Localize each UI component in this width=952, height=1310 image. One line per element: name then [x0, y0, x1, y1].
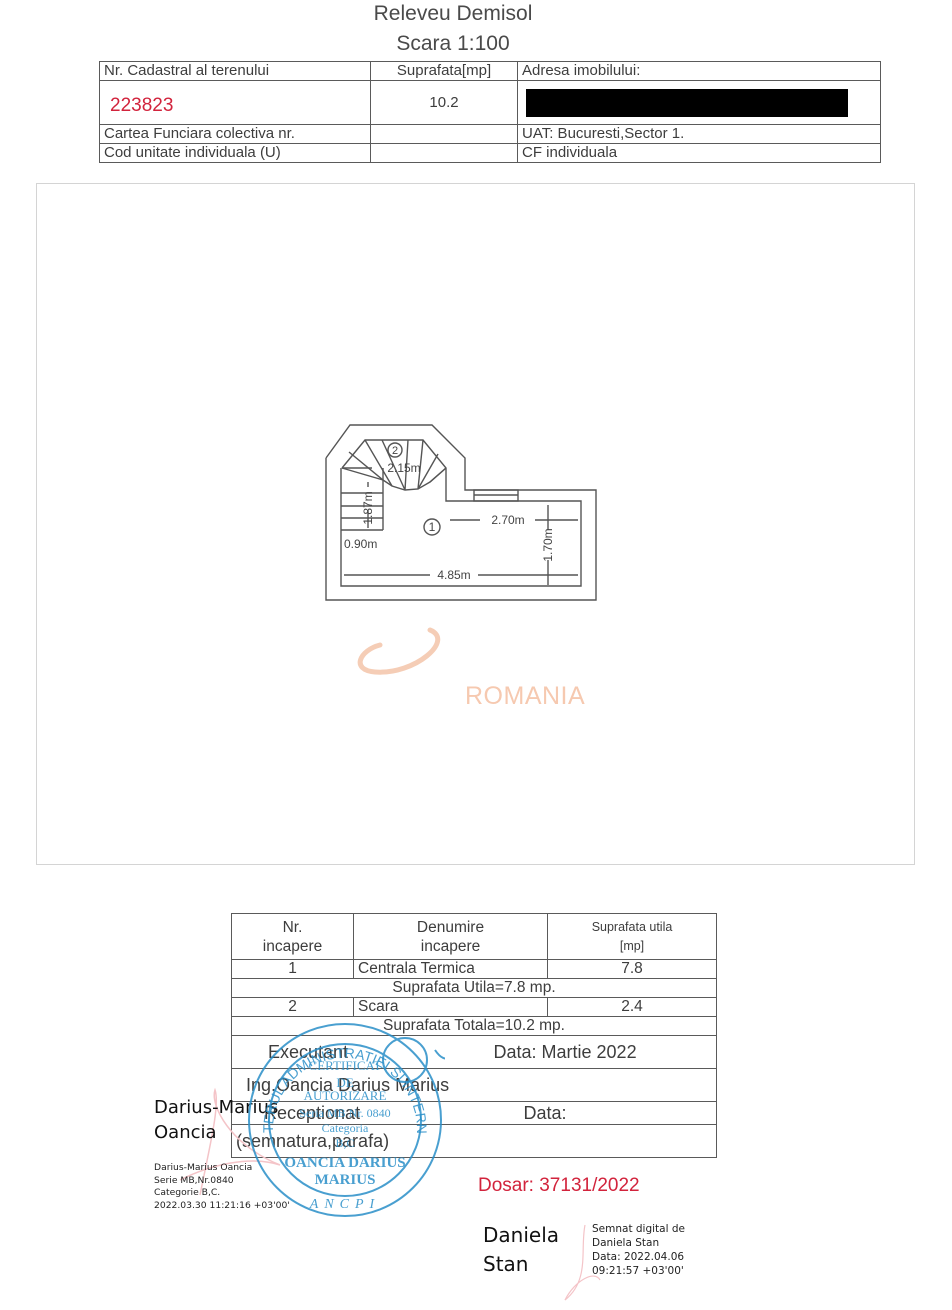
header-address: Adresa imobilului:	[518, 62, 881, 81]
dim-left-width: 0.90m	[344, 537, 377, 551]
header-cadastral: Nr. Cadastral al terenului	[100, 62, 371, 81]
svg-text:Categoria: Categoria	[322, 1121, 369, 1135]
cf-collective-label: Cartea Funciara colectiva nr.	[100, 125, 371, 144]
stamp-certificate: CERTIFICAT	[309, 1058, 382, 1073]
dim-stair-height: 1.87m	[361, 491, 375, 524]
cf-collective-value	[371, 125, 518, 144]
area-value: 10.2	[371, 81, 518, 125]
stamp-ancpi: ANCPI	[309, 1197, 380, 1212]
svg-text:MARIUS: MARIUS	[315, 1172, 376, 1188]
subtotal-row: Suprafata Utila=7.8 mp.	[232, 979, 717, 998]
receiver-signature-name: Daniela Stan	[483, 1221, 559, 1279]
svg-text:B,C: B,C	[335, 1136, 354, 1150]
document-scale: Scara 1:100	[0, 32, 906, 56]
stamp-holder-name: OANCIA DARIUS	[284, 1155, 405, 1171]
unit-code-value	[371, 144, 518, 163]
address-redaction	[526, 89, 848, 117]
dim-room-height: 1.70m	[541, 528, 555, 561]
header-room-number: Nr. incapere	[232, 914, 354, 960]
dim-room-width-upper: 2.70m	[491, 513, 524, 527]
room-2-number: 2	[392, 445, 398, 457]
authorization-stamp: MINISTERUL ADMINISTRATIEI SI INTERNELOR …	[245, 1020, 445, 1220]
dim-stair-width: 2.15m	[387, 461, 420, 475]
room-1-number: 1	[429, 520, 436, 534]
watermark-swoosh-icon	[355, 620, 455, 680]
dosar-number: Dosar: 37131/2022	[478, 1175, 640, 1197]
address-cell	[518, 81, 881, 125]
svg-text:Seria MB Nr. 0840: Seria MB Nr. 0840	[299, 1106, 390, 1120]
header-room-name: Denumire incapere	[354, 914, 548, 960]
property-info-table: Nr. Cadastral al terenului Suprafata[mp]…	[99, 61, 881, 163]
table-row: 2 Scara 2.4	[232, 998, 717, 1017]
svg-text:AUTORIZARE: AUTORIZARE	[304, 1088, 387, 1103]
document-title: Releveu Demisol	[0, 2, 906, 26]
dim-room-width-total: 4.85m	[437, 568, 470, 582]
cf-individual-label: CF individuala	[518, 144, 881, 163]
cadastral-number: 223823	[100, 81, 371, 125]
header-room-area: Suprafata utila [mp]	[548, 914, 717, 960]
receiver-signature-details: Semnat digital de Daniela Stan Data: 202…	[592, 1222, 685, 1278]
header-area: Suprafata[mp]	[371, 62, 518, 81]
uat-label: UAT: Bucuresti,Sector 1.	[518, 125, 881, 144]
floor-plan: 2 1 2.15m 1.87m 0.90m 2.70m 1.70m 4.85m	[320, 420, 610, 610]
table-row: 1 Centrala Termica 7.8	[232, 960, 717, 979]
unit-code-label: Cod unitate individuala (U)	[100, 144, 371, 163]
watermark-text: ROMANIA	[465, 682, 585, 711]
